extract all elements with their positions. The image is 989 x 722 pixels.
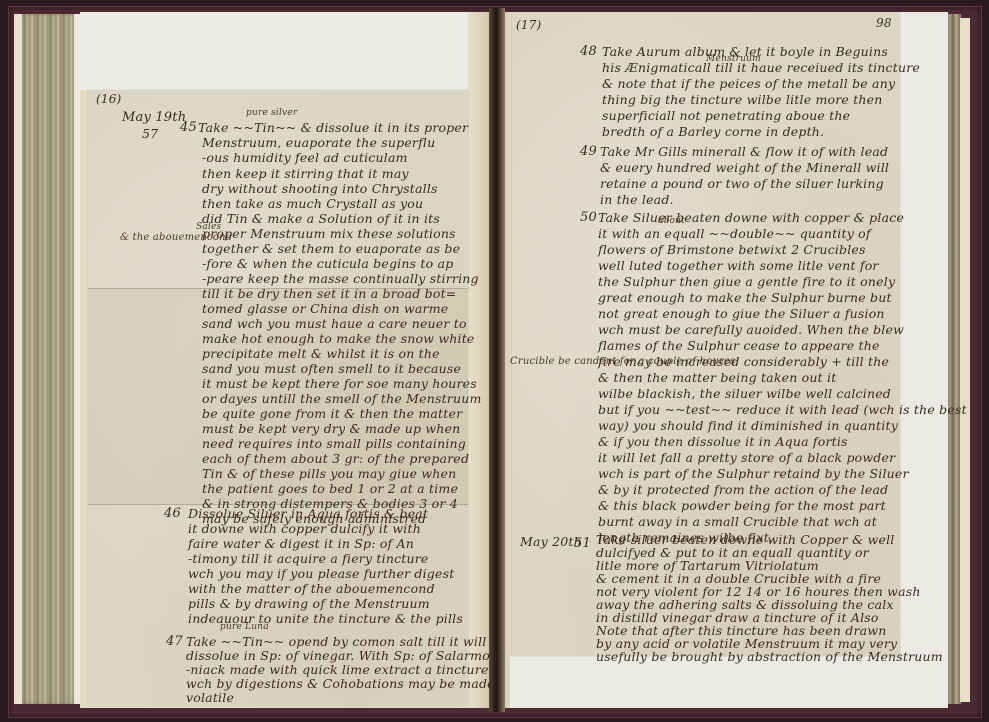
- text-line: together & set them to euaporate as be: [202, 241, 460, 257]
- text-line: each of them about 3 gr: of the prepared: [202, 451, 469, 467]
- left-date-sub: 57: [142, 126, 158, 142]
- text-line: make hot enough to make the snow white: [202, 331, 475, 347]
- text-line: thing big the tincture wilbe litle more …: [602, 92, 883, 108]
- text-line: did Tin & make a Solution of it in its: [202, 211, 440, 227]
- text-line: & then the matter being taken out it: [598, 370, 836, 386]
- text-line: superficiall not penetrating aboue the: [602, 108, 850, 124]
- text-line: & this black powder being for the most p…: [598, 498, 886, 514]
- text-line: great enough to make the Sulphur burne b…: [598, 290, 892, 306]
- left-margin-note-2: Sales: [196, 222, 221, 232]
- text-line: -timony till it acquire a fiery tincture: [188, 551, 429, 567]
- text-line: well luted together with some litle vent…: [598, 258, 879, 274]
- interlinear-note-47: pure Luna: [220, 622, 269, 632]
- entry-number-50: 50: [580, 210, 597, 225]
- text-line: it will let fall a pretty store of a bla…: [598, 450, 895, 466]
- text-line: & note that if the peices of the metall …: [602, 76, 895, 92]
- text-line: his Ænigmaticall till it haue receiued i…: [602, 60, 920, 76]
- left-mount-paper: [80, 12, 468, 90]
- text-line: -peare keep the masse continually stirri…: [202, 271, 479, 287]
- left-margin-note: & the abouemencond: [120, 232, 232, 243]
- text-line: & euery hundred weight of the Minerall w…: [600, 160, 889, 176]
- entry-number-48: 48: [580, 44, 597, 59]
- text-line: -fore & when the cuticula begins to ap: [202, 256, 453, 272]
- text-line: Tin & of these pills you may giue when: [202, 466, 456, 482]
- text-line: wch must be carefully auoided. When the …: [598, 322, 904, 338]
- text-line: & if you then dissolue it in Aqua fortis: [598, 434, 848, 450]
- text-line: or dayes untill the smell of the Menstru…: [202, 391, 482, 407]
- interlinear-note-45: pure silver: [246, 108, 297, 118]
- page-block-edge-right: [947, 14, 961, 704]
- text-line: not great enough to giue the Siluer a fu…: [598, 306, 885, 322]
- text-line: -ous humidity feel ad cuticulam: [202, 150, 408, 166]
- entry-number-45: 45: [180, 120, 197, 135]
- text-line: usefully be brought by abstraction of th…: [596, 649, 943, 665]
- text-line: then take as much Crystall as you: [202, 196, 423, 212]
- entry-number-47: 47: [166, 634, 183, 649]
- text-line: it must be kept there for soe many houre…: [202, 376, 477, 392]
- text-line: bredth of a Barley corne in depth.: [602, 124, 824, 140]
- entry-number-51: 51: [574, 536, 591, 551]
- text-line: wilbe blackish, the siluer wilbe well ca…: [598, 386, 891, 402]
- text-line: precipitate melt & whilst it is on the: [202, 346, 440, 362]
- right-margin-note: Crucible be candent for a couple of hour…: [510, 356, 735, 367]
- text-line: Take ~~Tin~~ & dissolue it in its proper: [198, 120, 468, 136]
- text-line: till it be dry then set it in a broad bo…: [202, 286, 456, 302]
- right-mount-paper-side: [900, 12, 948, 708]
- text-line: need requires into small pills containin…: [202, 436, 466, 452]
- text-line: be quite gone from it & then the matter: [202, 406, 462, 422]
- text-line: Dissolue Siluer in Aqua fortis & beat: [188, 506, 428, 522]
- entry-number-49: 49: [580, 144, 597, 159]
- text-line: the patient goes to bed 1 or 2 at a time: [202, 481, 458, 497]
- text-line: sand wch you must haue a care neuer to: [202, 316, 467, 332]
- text-line: but if you ~~test~~ reduce it with lead …: [598, 402, 967, 418]
- left-date: May 19th: [122, 110, 186, 126]
- text-line: Take Aurum album & let it boyle in Begui…: [602, 44, 888, 60]
- page-block-edge-left: [22, 14, 82, 704]
- text-line: pills & by drawing of the Menstruum: [188, 596, 430, 612]
- right-folio-mark: (17): [516, 18, 541, 32]
- text-line: it with an equall ~~double~~ quantity of: [598, 226, 871, 242]
- text-line: retaine a pound or two of the siluer lur…: [600, 176, 884, 192]
- text-line: Menstruum, euaporate the superflu: [202, 135, 435, 151]
- left-folio-mark: (16): [96, 92, 121, 106]
- text-line: dry without shooting into Chrystalls: [202, 181, 438, 197]
- text-line: with the matter of the abouemencond: [188, 581, 435, 597]
- text-line: wch you may if you please further digest: [188, 566, 454, 582]
- text-line: flames of the Sulphur cease to appeare t…: [598, 338, 880, 354]
- right-page-number: 98: [876, 16, 892, 30]
- text-line: in the lead.: [600, 192, 674, 208]
- text-line: & by it protected from the action of the…: [598, 482, 888, 498]
- text-line: must be kept very dry & made up when: [202, 421, 460, 437]
- text-line: flowers of Brimstone betwixt 2 Crucibles: [598, 242, 866, 258]
- text-line: wch is part of the Sulphur retaind by th…: [598, 466, 909, 482]
- text-line: Take Mr Gills minerall & flow it of with…: [600, 144, 888, 160]
- text-line: burnt away in a small Crucible that wch …: [598, 514, 877, 530]
- text-line: then keep it stirring that it may: [202, 166, 409, 182]
- text-line: faire water & digest it in Sp: of An: [188, 536, 414, 552]
- text-line: proper Menstruum mix these solutions: [202, 226, 456, 242]
- text-line: tomed glasse or China dish on warme: [202, 301, 448, 317]
- text-line: it downe with copper dulcify it with: [188, 521, 421, 537]
- text-line: the Sulphur then giue a gentle fire to i…: [598, 274, 895, 290]
- book-gutter: [489, 8, 505, 712]
- right-date: May 20th: [520, 534, 582, 550]
- text-line: way) you should find it diminished in qu…: [598, 418, 898, 434]
- entry-number-46: 46: [164, 506, 181, 521]
- endpaper-edge-right: [960, 18, 970, 702]
- text-line: sand you must often smell to it because: [202, 361, 461, 377]
- text-line: Take Siluer beaten downe with copper & p…: [598, 210, 904, 226]
- text-line: volatile: [186, 690, 234, 706]
